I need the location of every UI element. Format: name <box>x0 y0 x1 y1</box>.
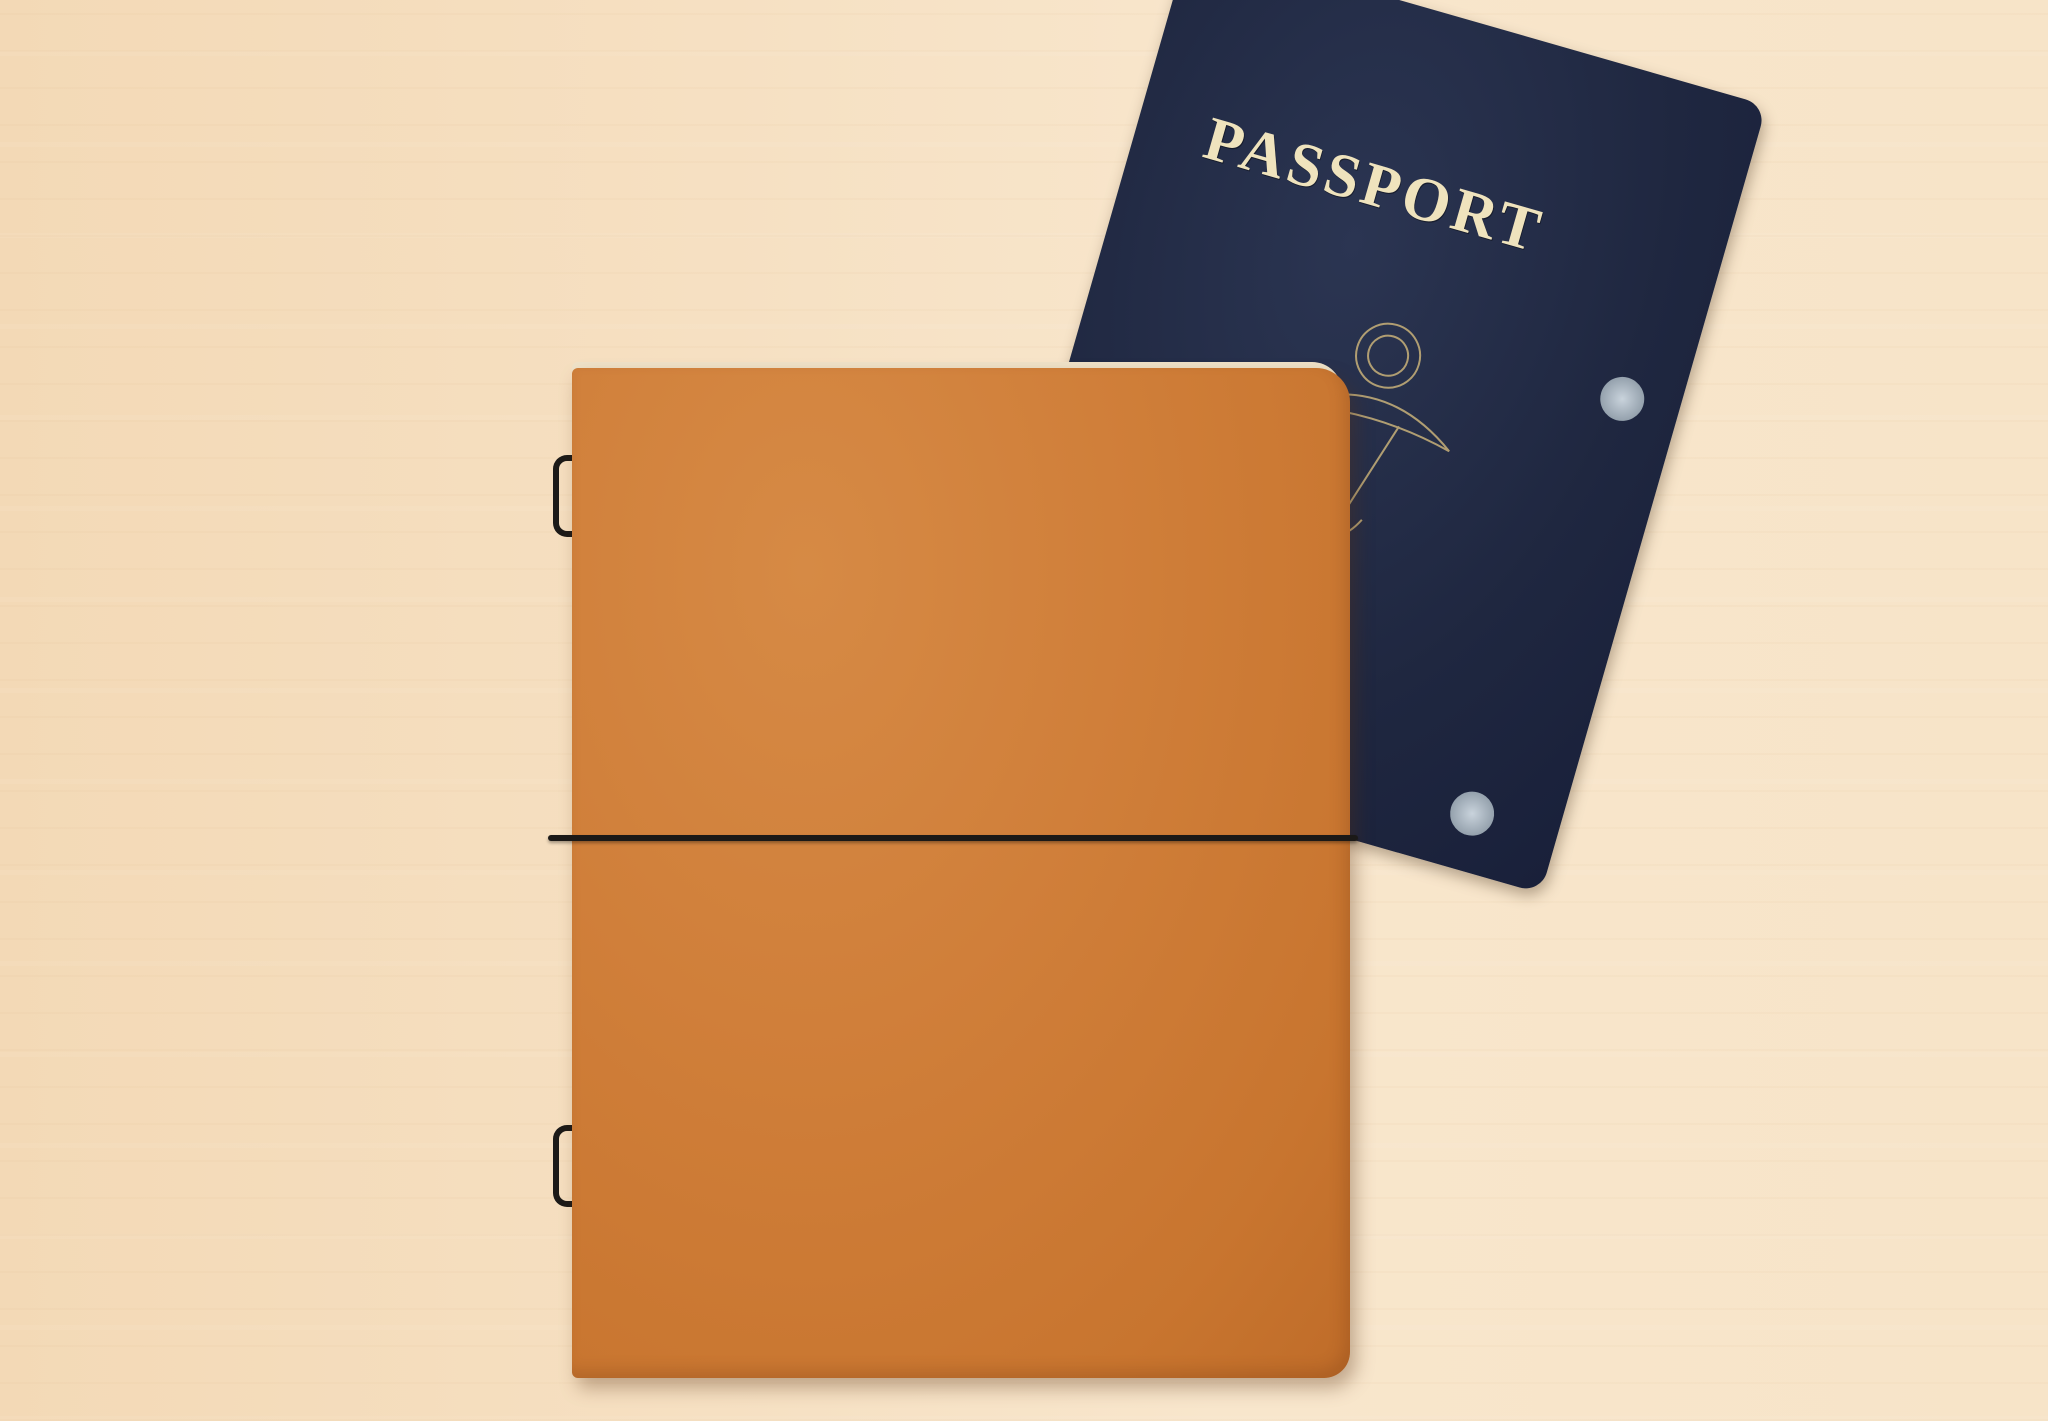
passport-title: PASSPORT <box>1196 103 1551 267</box>
elastic-band <box>548 835 1358 841</box>
passport-hole <box>1595 372 1649 426</box>
leather-notebook <box>572 368 1350 1378</box>
passport-hole <box>1445 786 1499 840</box>
